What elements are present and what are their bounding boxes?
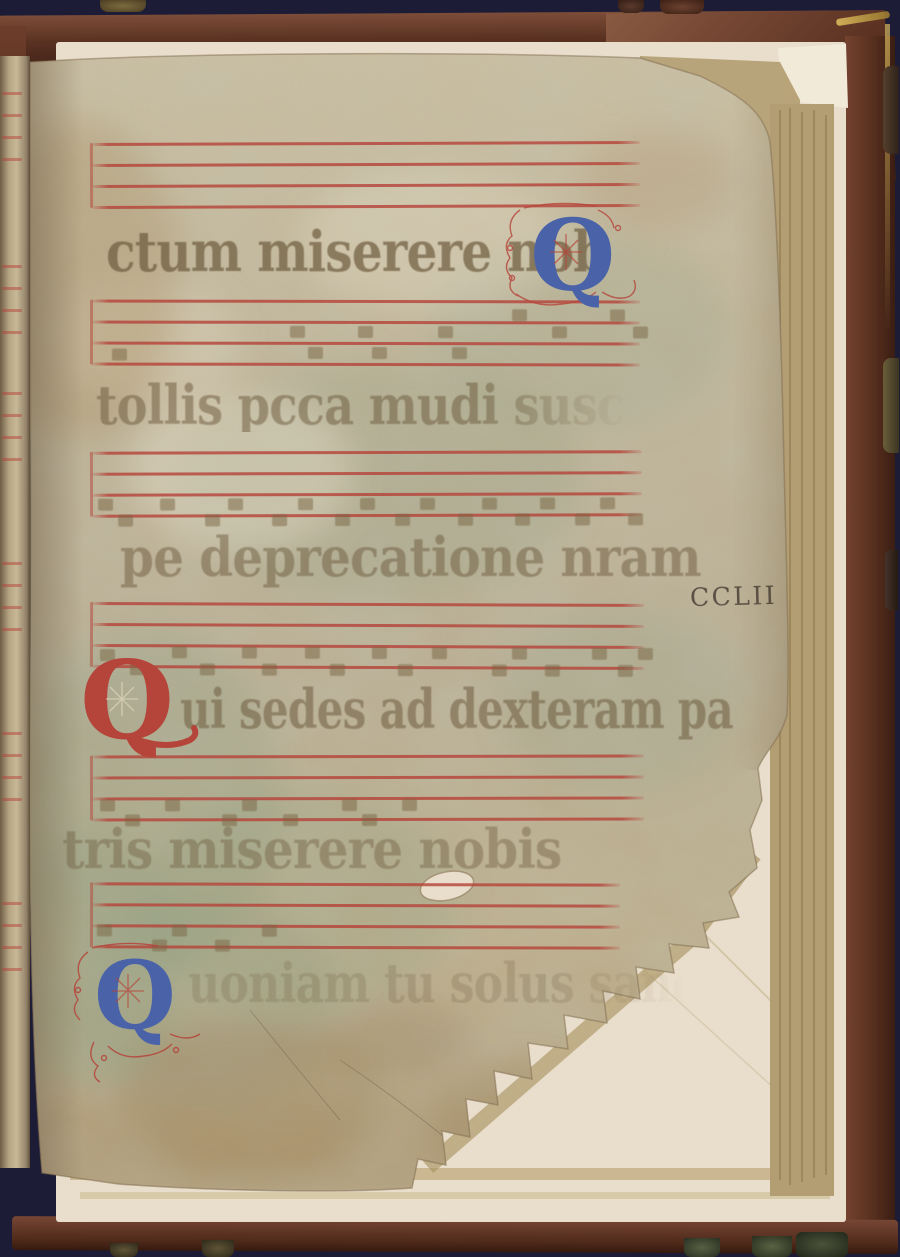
chant-text-line: uoniam tu solus sanc <box>188 956 698 1010</box>
chant-text-line: tollis pcca mudi susci <box>96 378 641 432</box>
neume-note <box>242 647 257 659</box>
illuminated-initial-blue-q: Q <box>498 198 638 316</box>
neume-note <box>97 925 112 937</box>
neume-note <box>172 925 187 937</box>
neume-note <box>432 648 447 660</box>
neume-note <box>290 325 305 337</box>
staff-start-tick <box>90 452 93 517</box>
neume-note <box>492 665 507 677</box>
music-staff <box>92 450 642 521</box>
manuscript-photograph: ctum miserere nob tollis pcca mudi susci… <box>0 0 900 1257</box>
neume-note <box>452 347 467 359</box>
neume-note <box>633 326 648 338</box>
staff-line <box>92 342 640 345</box>
staff-line <box>92 882 620 886</box>
illuminated-letter: Q <box>530 199 615 314</box>
chant-text-line: tris miserere nobis <box>62 822 561 876</box>
staff-line <box>92 492 642 496</box>
neume-note <box>398 664 413 676</box>
folio-number: CCLII <box>690 581 778 612</box>
neume-note <box>545 665 560 677</box>
illuminated-initial-red-q: Q <box>72 642 207 762</box>
neume-note <box>262 664 277 676</box>
neume-note <box>540 497 555 509</box>
neume-note <box>358 325 373 337</box>
neume-note <box>100 800 115 812</box>
neume-note <box>512 648 527 660</box>
neume-note <box>112 348 127 360</box>
neume-note <box>342 799 357 811</box>
neume-note <box>600 497 615 509</box>
staff-line <box>92 183 640 187</box>
music-staff <box>92 755 644 826</box>
staff-line <box>92 776 644 779</box>
chant-text-line: pe deprecatione nram <box>120 530 701 584</box>
staff-line <box>92 162 640 166</box>
staff-line <box>92 141 640 145</box>
neume-note <box>165 800 180 812</box>
neume-note <box>330 664 345 676</box>
neume-note <box>160 498 175 510</box>
staves-layer <box>0 0 900 1257</box>
illuminated-letter: Q <box>94 941 176 1051</box>
neume-note <box>575 514 590 526</box>
staff-start-tick <box>90 143 93 208</box>
neume-note <box>360 497 375 509</box>
staff-line <box>92 450 642 454</box>
staff-line <box>92 903 620 907</box>
neume-note <box>618 665 633 677</box>
chant-text-line: ui sedes ad dexteram pa <box>180 682 733 736</box>
neume-note <box>420 497 435 509</box>
neume-note <box>438 326 453 338</box>
neume-note <box>242 800 257 812</box>
illuminated-initial-blue-q: Q <box>64 938 209 1063</box>
staff-start-tick <box>90 300 93 365</box>
staff-line <box>92 471 642 475</box>
staff-line <box>92 623 644 627</box>
neume-note <box>98 498 113 510</box>
neume-note <box>552 326 567 338</box>
neume-note <box>298 498 313 510</box>
neume-note <box>592 648 607 660</box>
staff-line <box>92 513 642 517</box>
neume-note <box>305 647 320 659</box>
neume-note <box>262 925 277 937</box>
neume-note <box>402 799 417 811</box>
staff-line <box>92 363 640 366</box>
staff-start-tick <box>90 755 93 820</box>
neume-note <box>372 347 387 359</box>
neume-note <box>482 497 497 509</box>
staff-line <box>92 602 644 606</box>
neume-note <box>308 346 323 358</box>
neume-note <box>215 940 230 952</box>
neume-note <box>628 514 643 526</box>
neume-note <box>228 498 243 510</box>
neume-note <box>372 647 387 659</box>
initial-inner-ornament <box>106 682 138 716</box>
neume-note <box>638 648 653 660</box>
staff-line <box>92 321 640 324</box>
